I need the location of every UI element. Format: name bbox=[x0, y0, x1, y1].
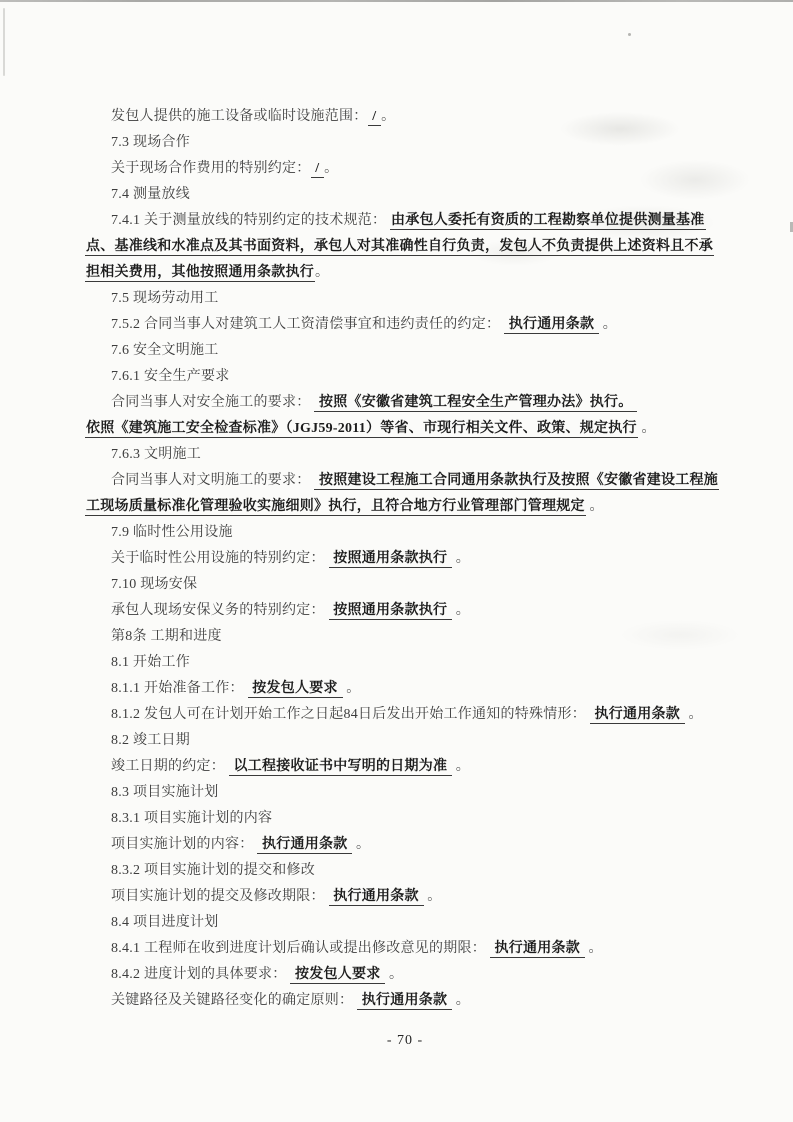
doc-text: 。 bbox=[452, 759, 470, 774]
doc-line: 项目实施计划的内容： 执行通用条款 。 bbox=[85, 832, 725, 858]
fill-in-value: / bbox=[368, 109, 382, 126]
doc-text: 7.5 现场劳动用工 bbox=[111, 291, 219, 306]
fill-in-value: 按照《安徽省建筑工程安全生产管理办法》执行。 bbox=[314, 395, 637, 412]
doc-text: 。 bbox=[452, 603, 470, 618]
doc-line: 7.10 现场安保 bbox=[85, 572, 725, 598]
doc-text: 7.3 现场合作 bbox=[111, 135, 190, 150]
fill-in-value: 点、基准线和水准点及其书面资料，承包人对其准确性自行负责，发包人不负责提供上述资… bbox=[85, 239, 714, 256]
doc-line: 7.3 现场合作 bbox=[85, 130, 725, 156]
doc-line: 第8条 工期和进度 bbox=[85, 624, 725, 650]
doc-text: 承包人现场安保义务的特别约定： bbox=[111, 603, 329, 618]
fill-in-value: 以工程接收证书中写明的日期为准 bbox=[229, 759, 452, 776]
scan-speck-artifact bbox=[628, 33, 631, 36]
doc-line: 7.5.2 合同当事人对建筑工人工资清偿事宜和违约责任的约定： 执行通用条款 。 bbox=[85, 312, 725, 338]
fill-in-value: 担相关费用，其他按照通用条款执行 bbox=[85, 265, 315, 282]
scan-edge-left-artifact bbox=[3, 8, 5, 76]
doc-text: 7.6.1 安全生产要求 bbox=[111, 369, 230, 384]
doc-text: 7.6.3 文明施工 bbox=[111, 447, 201, 462]
doc-line: 担相关费用，其他按照通用条款执行。 bbox=[85, 260, 725, 286]
doc-line: 承包人现场安保义务的特别约定： 按照通用条款执行 。 bbox=[85, 598, 725, 624]
doc-line: 7.9 临时性公用设施 bbox=[85, 520, 725, 546]
fill-in-value: 依照《建筑施工安全检查标准》（JGJ59-2011）等省、市现行相关文件、政策、… bbox=[85, 421, 638, 438]
doc-text: 。 bbox=[599, 317, 617, 332]
doc-line: 关键路径及关键路径变化的确定原则： 执行通用条款 。 bbox=[85, 988, 725, 1014]
doc-text: 。 bbox=[685, 707, 703, 722]
doc-text: 。 bbox=[352, 837, 370, 852]
fill-in-value: 由承包人委托有资质的工程勘察单位提供测量基准 bbox=[390, 213, 706, 230]
doc-text: 7.5.2 合同当事人对建筑工人工资清偿事宜和违约责任的约定： bbox=[111, 317, 504, 332]
doc-text: 关于现场合作费用的特别约定： bbox=[111, 161, 311, 176]
doc-text: 8.3.1 项目实施计划的内容 bbox=[111, 811, 272, 826]
doc-text: 。 bbox=[452, 993, 470, 1008]
fill-in-value: 按照建设工程施工合同通用条款执行及按照《安徽省建设工程施 bbox=[314, 473, 719, 490]
doc-line: 项目实施计划的提交及修改期限： 执行通用条款 。 bbox=[85, 884, 725, 910]
fill-in-value: 执行通用条款 bbox=[590, 707, 685, 724]
doc-text: 。 bbox=[324, 161, 338, 176]
doc-text: 。 bbox=[343, 681, 361, 696]
doc-line: 8.1.1 开始准备工作： 按发包人要求 。 bbox=[85, 676, 725, 702]
doc-text: 7.4 测量放线 bbox=[111, 187, 190, 202]
doc-text: 竣工日期的约定： bbox=[111, 759, 229, 774]
doc-line: 7.5 现场劳动用工 bbox=[85, 286, 725, 312]
doc-line: 7.4.1 关于测量放线的特别约定的技术规范： 由承包人委托有资质的工程勘察单位… bbox=[85, 208, 725, 234]
doc-line: 8.3.1 项目实施计划的内容 bbox=[85, 806, 725, 832]
doc-line: 8.1.2 发包人可在计划开始工作之日起84日后发出开始工作通知的特殊情形： 执… bbox=[85, 702, 725, 728]
fill-in-value: 按发包人要求 bbox=[248, 681, 343, 698]
doc-line: 点、基准线和水准点及其书面资料，承包人对其准确性自行负责，发包人不负责提供上述资… bbox=[85, 234, 725, 260]
doc-line: 7.6 安全文明施工 bbox=[85, 338, 725, 364]
doc-text: 8.3.2 项目实施计划的提交和修改 bbox=[111, 863, 315, 878]
doc-text: 。 bbox=[586, 499, 604, 514]
doc-line: 发包人提供的施工设备或临时设施范围： / 。 bbox=[85, 104, 725, 130]
doc-line: 7.4 测量放线 bbox=[85, 182, 725, 208]
doc-text: 项目实施计划的内容： bbox=[111, 837, 257, 852]
doc-line: 工现场质量标准化管理验收实施细则》执行，且符合地方行业管理部门管理规定 。 bbox=[85, 494, 725, 520]
doc-text: 发包人提供的施工设备或临时设施范围： bbox=[111, 109, 368, 124]
doc-line: 7.6.3 文明施工 bbox=[85, 442, 725, 468]
doc-line: 8.3.2 项目实施计划的提交和修改 bbox=[85, 858, 725, 884]
doc-text: 8.4.2 进度计划的具体要求： bbox=[111, 967, 290, 982]
doc-text: 7.6 安全文明施工 bbox=[111, 343, 219, 358]
doc-line: 竣工日期的约定： 以工程接收证书中写明的日期为准 。 bbox=[85, 754, 725, 780]
doc-line: 合同当事人对安全施工的要求： 按照《安徽省建筑工程安全生产管理办法》执行。 bbox=[85, 390, 725, 416]
doc-line: 8.4 项目进度计划 bbox=[85, 910, 725, 936]
doc-text: 8.1.2 发包人可在计划开始工作之日起84日后发出开始工作通知的特殊情形： bbox=[111, 707, 590, 722]
doc-text: 。 bbox=[385, 967, 403, 982]
doc-text: 。 bbox=[381, 109, 395, 124]
doc-text: 合同当事人对安全施工的要求： bbox=[111, 395, 314, 410]
fill-in-value: / bbox=[311, 161, 325, 178]
doc-line: 7.6.1 安全生产要求 bbox=[85, 364, 725, 390]
scan-edge-top-artifact bbox=[0, 0, 793, 2]
doc-text: 7.10 现场安保 bbox=[111, 577, 197, 592]
fill-in-value: 执行通用条款 bbox=[257, 837, 352, 854]
doc-line: 8.4.1 工程师在收到进度计划后确认或提出修改意见的期限： 执行通用条款 。 bbox=[85, 936, 725, 962]
doc-text: 8.3 项目实施计划 bbox=[111, 785, 219, 800]
doc-line: 8.1 开始工作 bbox=[85, 650, 725, 676]
doc-line: 合同当事人对文明施工的要求： 按照建设工程施工合同通用条款执行及按照《安徽省建设… bbox=[85, 468, 725, 494]
fill-in-value: 执行通用条款 bbox=[329, 889, 424, 906]
doc-text: 。 bbox=[424, 889, 442, 904]
doc-text: 合同当事人对文明施工的要求： bbox=[111, 473, 314, 488]
document-page: 发包人提供的施工设备或临时设施范围： / 。7.3 现场合作关于现场合作费用的特… bbox=[0, 0, 793, 1122]
fill-in-value: 执行通用条款 bbox=[490, 941, 585, 958]
doc-body: 发包人提供的施工设备或临时设施范围： / 。7.3 现场合作关于现场合作费用的特… bbox=[85, 104, 725, 1014]
doc-line: 8.2 竣工日期 bbox=[85, 728, 725, 754]
fill-in-value: 执行通用条款 bbox=[357, 993, 452, 1010]
doc-text: 8.4 项目进度计划 bbox=[111, 915, 219, 930]
page-number: - 70 - bbox=[85, 1030, 725, 1052]
doc-line: 关于临时性公用设施的特别约定： 按照通用条款执行 。 bbox=[85, 546, 725, 572]
fill-in-value: 按照通用条款执行 bbox=[329, 603, 453, 620]
fill-in-value: 按照通用条款执行 bbox=[329, 551, 453, 568]
fill-in-value: 工现场质量标准化管理验收实施细则》执行，且符合地方行业管理部门管理规定 bbox=[85, 499, 586, 516]
doc-text: 关于临时性公用设施的特别约定： bbox=[111, 551, 329, 566]
doc-text: 8.1 开始工作 bbox=[111, 655, 190, 670]
doc-text: 8.2 竣工日期 bbox=[111, 733, 190, 748]
doc-text: 7.4.1 关于测量放线的特别约定的技术规范： bbox=[111, 213, 390, 228]
doc-line: 依照《建筑施工安全检查标准》（JGJ59-2011）等省、市现行相关文件、政策、… bbox=[85, 416, 725, 442]
doc-text: 。 bbox=[315, 265, 329, 280]
fill-in-value: 执行通用条款 bbox=[504, 317, 599, 334]
doc-text: 7.9 临时性公用设施 bbox=[111, 525, 233, 540]
fill-in-value: 按发包人要求 bbox=[290, 967, 385, 984]
doc-text: 8.1.1 开始准备工作： bbox=[111, 681, 248, 696]
doc-line: 8.4.2 进度计划的具体要求： 按发包人要求 。 bbox=[85, 962, 725, 988]
doc-text: 。 bbox=[585, 941, 603, 956]
doc-text: 项目实施计划的提交及修改期限： bbox=[111, 889, 329, 904]
doc-text: 。 bbox=[452, 551, 470, 566]
doc-text: 第8条 工期和进度 bbox=[111, 629, 222, 644]
doc-line: 关于现场合作费用的特别约定： / 。 bbox=[85, 156, 725, 182]
doc-line: 8.3 项目实施计划 bbox=[85, 780, 725, 806]
doc-text: 。 bbox=[638, 421, 656, 436]
doc-text: 关键路径及关键路径变化的确定原则： bbox=[111, 993, 357, 1008]
doc-text: 8.4.1 工程师在收到进度计划后确认或提出修改意见的期限： bbox=[111, 941, 490, 956]
